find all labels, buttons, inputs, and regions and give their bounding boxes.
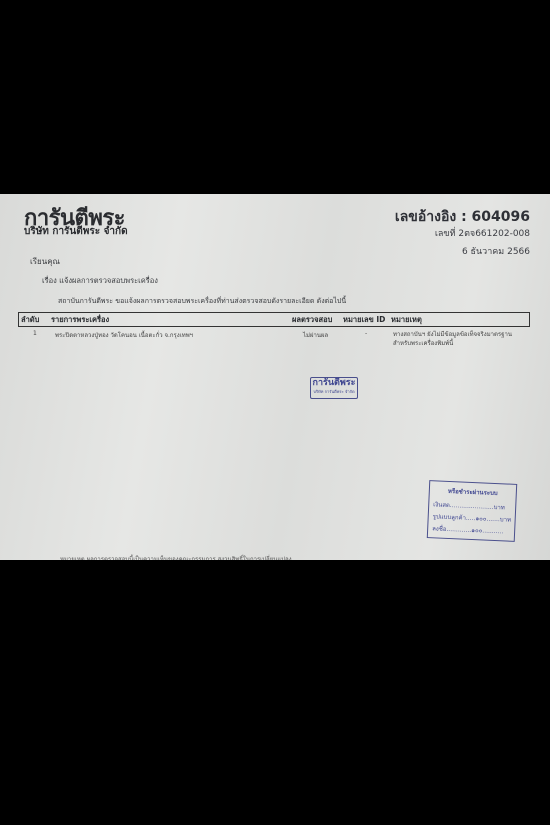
company-name: บริษัท การันตีพระ จำกัด [24, 224, 128, 239]
footer-note: หมายเหตุ ผลการตรวจสอบนี้เป็นความเห็นของค… [60, 554, 292, 560]
receipt-stamp: หรือชำระผ่านระบบ เงินสด.................… [427, 480, 517, 542]
reference-number: เลขอ้างอิง : 604096 [395, 206, 530, 228]
company-stamp: การันตีพระ บริษัท การันตีพระ จำกัด [310, 377, 358, 399]
header-result: ผลตรวจสอบ [292, 314, 332, 326]
document-number: เลขที่ 2ตจ661202-008 [435, 226, 530, 240]
header-item: รายการพระเครื่อง [51, 314, 109, 326]
cell-id: - [365, 330, 367, 337]
table-header: ลำดับ รายการพระเครื่อง ผลตรวจสอบ หมายเลข… [18, 312, 530, 327]
cell-remark: ทางสถาบันฯ ยังไม่มีข้อมูลข้อเท็จจริงมาตร… [393, 330, 518, 348]
subject-line: เรื่อง แจ้งผลการตรวจสอบพระเครื่อง [42, 275, 158, 287]
cell-no: 1 [33, 330, 37, 337]
header-remark: หมายเหตุ [391, 314, 422, 326]
cell-result: ไม่ผ่านผล [303, 330, 328, 340]
cell-item: พระปิดตาหลวงปู่ทอง วัดโคนอน เนื้อตะกั่ว … [55, 330, 193, 340]
header-no: ลำดับ [21, 314, 39, 326]
header-id: หมายเลข ID [343, 314, 385, 326]
body-text: สถาบันการันตีพระ ขอแจ้งผลการตรวจสอบพระเค… [58, 296, 346, 307]
document-date: 6 ธันวาคม 2566 [462, 244, 530, 258]
greeting: เรียนคุณ [30, 255, 60, 268]
